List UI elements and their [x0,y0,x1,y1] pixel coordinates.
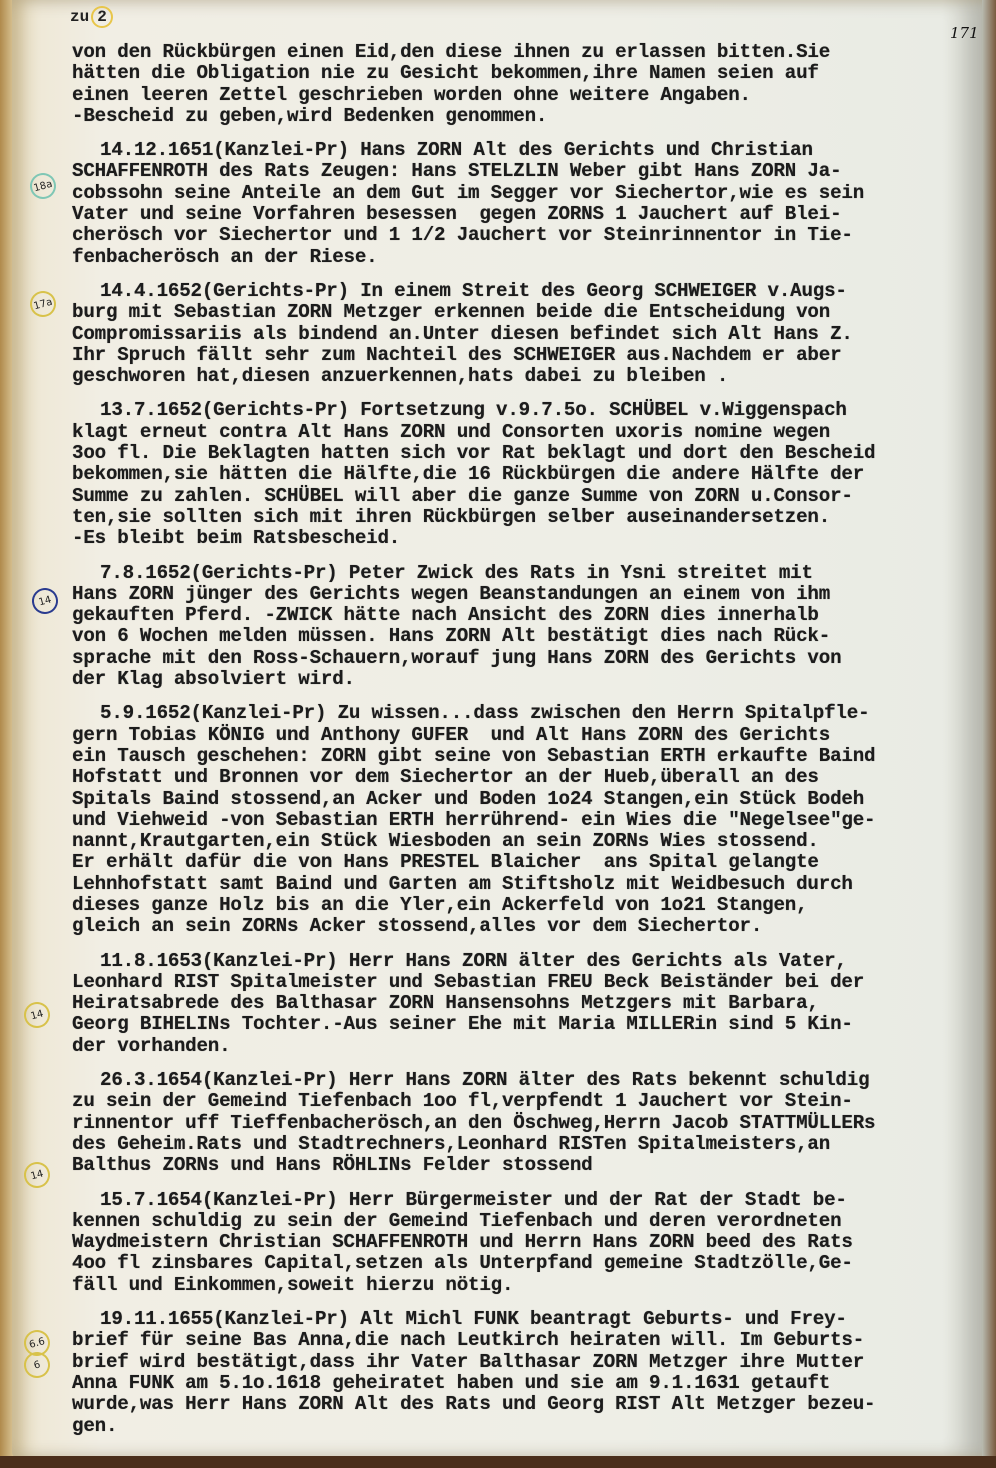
text-line: des Geheim.Rats und Stadtrechners,Leonha… [72,1134,992,1155]
text-line: Er erhält dafür die von Hans PRESTEL Bla… [72,852,992,873]
margin-annotation-marker: 6 [21,1349,53,1381]
document-entry: 5.9.1652(Kanzlei-Pr) Zu wissen...dass zw… [72,703,992,937]
document-entry: 19.11.1655(Kanzlei-Pr) Alt Michl FUNK be… [72,1309,992,1437]
text-line: 3oo fl. Die Beklagten hatten sich vor Ra… [72,443,992,464]
text-line: brief wird bestätigt,dass ihr Vater Balt… [72,1352,992,1373]
document-entry: 7.8.1652(Gerichts-Pr) Peter Zwick des Ra… [72,563,992,691]
text-line: Heiratsabrede des Balthasar ZORN Hansens… [72,993,992,1014]
text-line: von 6 Wochen melden müssen. Hans ZORN Al… [72,626,992,647]
text-line: Lehnhofstatt samt Baind und Garten am St… [72,874,992,895]
margin-annotation-marker: 17a [27,288,59,320]
text-line: der Klag absolviert wird. [72,669,992,690]
text-line: Summe zu zahlen. SCHÜBEL will aber die g… [72,486,992,507]
text-line: 4oo fl zinsbares Capital,setzen als Unte… [72,1253,992,1274]
document-entry: 11.8.1653(Kanzlei-Pr) Herr Hans ZORN ält… [72,951,992,1057]
text-line: Georg BIHELINs Tochter.-Aus seiner Ehe m… [72,1014,992,1035]
text-line: Balthus ZORNs und Hans RÖHLINs Felder st… [72,1155,992,1176]
text-line: ein Tausch geschehen: ZORN gibt seine vo… [72,746,992,767]
text-line: 14.12.1651(Kanzlei-Pr) Hans ZORN Alt des… [72,140,992,161]
text-line: klagt erneut contra Alt Hans ZORN und Co… [72,422,992,443]
text-line: gekauften Pferd. -ZWICK hätte nach Ansic… [72,605,992,626]
document-entry: 14.4.1652(Gerichts-Pr) In einem Streit d… [72,281,992,387]
text-line: 14.4.1652(Gerichts-Pr) In einem Streit d… [72,281,992,302]
document-entry: von den Rückbürgen einen Eid,den diese i… [72,42,992,127]
text-line: gleich an sein ZORNs Acker stossend,alle… [72,916,992,937]
text-line: fäll und Einkommen,soweit hierzu nötig. [72,1275,992,1296]
text-line: dieses ganze Holz bis an die Yler,ein Ac… [72,895,992,916]
document-page: zu2 171 von den Rückbürgen einen Eid,den… [12,0,984,1458]
text-line: der vorhanden. [72,1036,992,1057]
text-line: Hofstatt und Bronnen vor dem Siechertor … [72,767,992,788]
page-bottom-edge [0,1456,996,1468]
text-line: wurde,was Herr Hans ZORN Alt des Rats un… [72,1394,992,1415]
text-line: 13.7.1652(Gerichts-Pr) Fortsetzung v.9.7… [72,400,992,421]
text-line: kennen schuldig zu sein der Gemeind Tief… [72,1211,992,1232]
text-line: gen. [72,1416,992,1437]
margin-annotation-marker: 14 [21,999,53,1031]
document-entry: 15.7.1654(Kanzlei-Pr) Herr Bürgermeister… [72,1190,992,1296]
text-line: Spitals Baind stossend,an Acker und Bode… [72,789,992,810]
text-line: von den Rückbürgen einen Eid,den diese i… [72,42,992,63]
text-line: Hans ZORN jünger des Gerichts wegen Bean… [72,584,992,605]
document-entry: 26.3.1654(Kanzlei-Pr) Herr Hans ZORN ält… [72,1070,992,1176]
text-line: SCHAFFENROTH des Rats Zeugen: Hans STELZ… [72,161,992,182]
text-line: Ihr Spruch fällt sehr zum Nachteil des S… [72,345,992,366]
text-line: Compromissariis als bindend an.Unter die… [72,324,992,345]
text-line: 19.11.1655(Kanzlei-Pr) Alt Michl FUNK be… [72,1309,992,1330]
text-line: gern Tobias KÖNIG und Anthony GUFER und … [72,725,992,746]
text-line: brief für seine Bas Anna,die nach Leutki… [72,1330,992,1351]
corner-mark-prefix: zu [70,8,89,26]
text-line: geschworen hat,diesen anzuerkennen,hats … [72,366,992,387]
text-line: 11.8.1653(Kanzlei-Pr) Herr Hans ZORN ält… [72,951,992,972]
text-line: burg mit Sebastian ZORN Metzger erkennen… [72,302,992,323]
text-line: hätten die Obligation nie zu Gesicht bek… [72,63,992,84]
margin-annotation-marker: 14 [29,585,61,617]
text-line: 26.3.1654(Kanzlei-Pr) Herr Hans ZORN ält… [72,1070,992,1091]
text-line: cobssohn seine Anteile an dem Gut im Seg… [72,183,992,204]
text-line: einen leeren Zettel geschrieben worden o… [72,85,992,106]
text-line: und Viehweid -von Sebastian ERTH herrühr… [72,810,992,831]
page-number: 171 [950,24,979,42]
text-line: sprache mit den Ross-Schauern,worauf jun… [72,648,992,669]
text-line: nannt,Krautgarten,ein Stück Wiesboden an… [72,831,992,852]
text-line: 7.8.1652(Gerichts-Pr) Peter Zwick des Ra… [72,563,992,584]
text-line: cherösch vor Siechertor und 1 1/2 Jauche… [72,225,992,246]
text-line: Vater und seine Vorfahren besessen gegen… [72,204,992,225]
corner-reference-mark: zu2 [70,6,113,28]
corner-mark-circled-number: 2 [91,6,113,28]
text-line: Leonhard RIST Spitalmeister und Sebastia… [72,972,992,993]
text-line: bekommen,sie hätten die Hälfte,die 16 Rü… [72,464,992,485]
text-line: fenbacherösch an der Riese. [72,247,992,268]
text-line: -Bescheid zu geben,wird Bedenken genomme… [72,106,992,127]
margin-annotation-marker: 18a [27,170,59,202]
text-line: 15.7.1654(Kanzlei-Pr) Herr Bürgermeister… [72,1190,992,1211]
margin-annotation-marker: 14 [21,1159,53,1191]
text-line: -Es bleibt beim Ratsbescheid. [72,528,992,549]
text-line: ten,sie sollten sich mit ihren Rückbürge… [72,507,992,528]
text-line: rinnentor uff Tieffenbacherösch,an den Ö… [72,1113,992,1134]
document-entry: 13.7.1652(Gerichts-Pr) Fortsetzung v.9.7… [72,400,992,549]
text-line: Anna FUNK am 5.1o.1618 geheiratet haben … [72,1373,992,1394]
document-entry: 14.12.1651(Kanzlei-Pr) Hans ZORN Alt des… [72,140,992,268]
text-line: 5.9.1652(Kanzlei-Pr) Zu wissen...dass zw… [72,703,992,724]
page-right-edge [982,0,996,1468]
typewritten-body: von den Rückbürgen einen Eid,den diese i… [72,42,992,1450]
text-line: Waydmeistern Christian SCHAFFENROTH und … [72,1232,992,1253]
text-line: zu sein der Gemeind Tiefenbach 1oo fl,ve… [72,1091,992,1112]
